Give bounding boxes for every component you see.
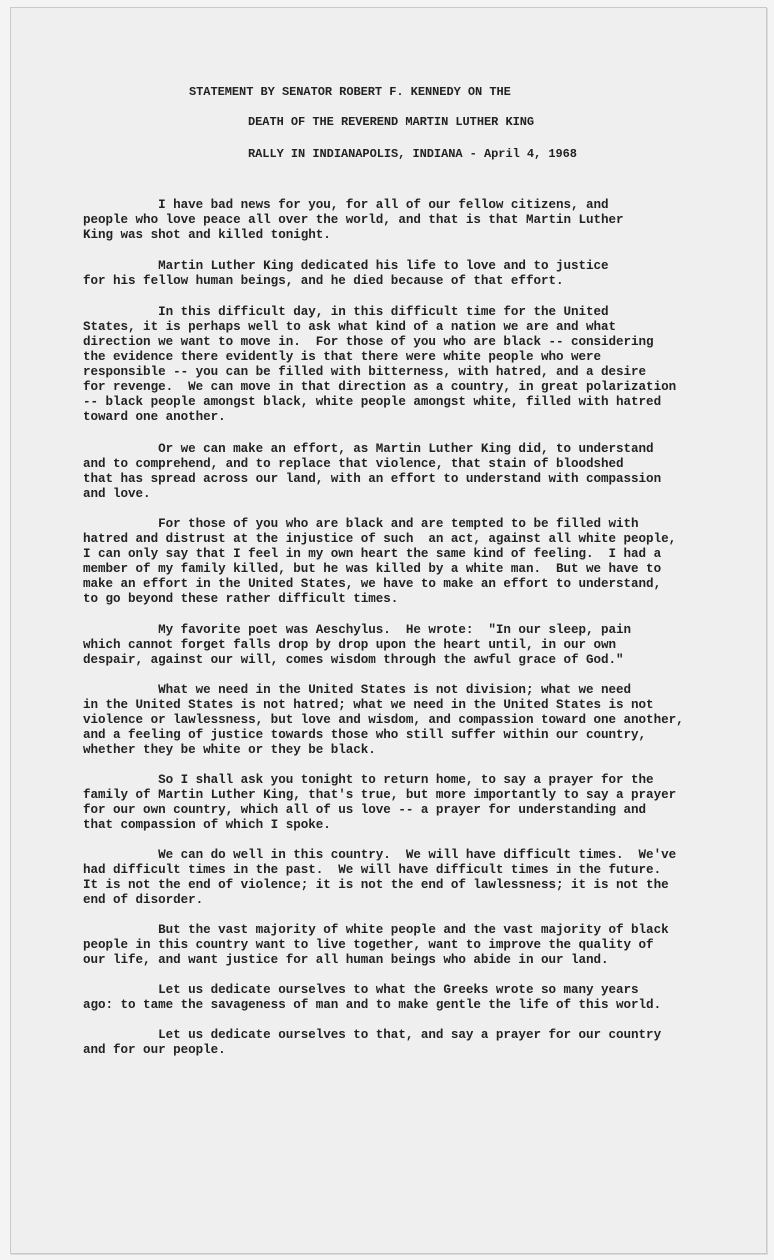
text-line: I can only say that I feel in my own hea… xyxy=(83,547,661,562)
text-line: family of Martin Luther King, that's tru… xyxy=(83,788,676,803)
text-line: violence or lawlessness, but love and wi… xyxy=(83,713,684,728)
text-line: end of disorder. xyxy=(83,893,203,908)
text-line: for revenge. We can move in that directi… xyxy=(83,380,676,395)
text-line: for our own country, which all of us lov… xyxy=(83,803,646,818)
heading-line-3: RALLY IN INDIANAPOLIS, INDIANA - April 4… xyxy=(248,147,577,162)
text-line: Or we can make an effort, as Martin Luth… xyxy=(83,442,654,457)
text-line: hatred and distrust at the injustice of … xyxy=(83,532,676,547)
text-line: to go beyond these rather difficult time… xyxy=(83,592,398,607)
text-line: whether they be white or they be black. xyxy=(83,743,376,758)
typewritten-page: STATEMENT BY SENATOR ROBERT F. KENNEDY O… xyxy=(10,7,767,1254)
text-line: people in this country want to live toge… xyxy=(83,938,654,953)
text-line: and love. xyxy=(83,487,151,502)
text-line: For those of you who are black and are t… xyxy=(83,517,639,532)
text-line: our life, and want justice for all human… xyxy=(83,953,609,968)
text-line: It is not the end of violence; it is not… xyxy=(83,878,669,893)
text-line: Let us dedicate ourselves to what the Gr… xyxy=(83,983,639,998)
text-line: which cannot forget falls drop by drop u… xyxy=(83,638,616,653)
text-line: for his fellow human beings, and he died… xyxy=(83,274,563,289)
text-line: -- black people amongst black, white peo… xyxy=(83,395,661,410)
text-line: responsible -- you can be filled with bi… xyxy=(83,365,646,380)
text-line: and for our people. xyxy=(83,1043,226,1058)
heading-line-1: STATEMENT BY SENATOR ROBERT F. KENNEDY O… xyxy=(189,85,511,100)
text-line: that has spread across our land, with an… xyxy=(83,472,661,487)
text-line: and to comprehend, and to replace that v… xyxy=(83,457,624,472)
text-line: had difficult times in the past. We will… xyxy=(83,863,661,878)
text-line: make an effort in the United States, we … xyxy=(83,577,661,592)
text-line: in the United States is not hatred; what… xyxy=(83,698,654,713)
text-line: despair, against our will, comes wisdom … xyxy=(83,653,624,668)
text-line: toward one another. xyxy=(83,410,226,425)
text-line: member of my family killed, but he was k… xyxy=(83,562,661,577)
text-line: direction we want to move in. For those … xyxy=(83,335,654,350)
text-line: So I shall ask you tonight to return hom… xyxy=(83,773,654,788)
text-line: Martin Luther King dedicated his life to… xyxy=(83,259,609,274)
text-line: States, it is perhaps well to ask what k… xyxy=(83,320,616,335)
heading-line-2: DEATH OF THE REVEREND MARTIN LUTHER KING xyxy=(248,115,534,130)
text-line: and a feeling of justice towards those w… xyxy=(83,728,646,743)
text-line: I have bad news for you, for all of our … xyxy=(83,198,609,213)
text-line: We can do well in this country. We will … xyxy=(83,848,676,863)
text-line: My favorite poet was Aeschylus. He wrote… xyxy=(83,623,631,638)
text-line: the evidence there evidently is that the… xyxy=(83,350,601,365)
text-line: ago: to tame the savageness of man and t… xyxy=(83,998,661,1013)
text-line: that compassion of which I spoke. xyxy=(83,818,331,833)
text-line: What we need in the United States is not… xyxy=(83,683,631,698)
text-line: In this difficult day, in this difficult… xyxy=(83,305,609,320)
text-line: King was shot and killed tonight. xyxy=(83,228,331,243)
text-line: people who love peace all over the world… xyxy=(83,213,624,228)
text-line: Let us dedicate ourselves to that, and s… xyxy=(83,1028,661,1043)
text-line: But the vast majority of white people an… xyxy=(83,923,669,938)
